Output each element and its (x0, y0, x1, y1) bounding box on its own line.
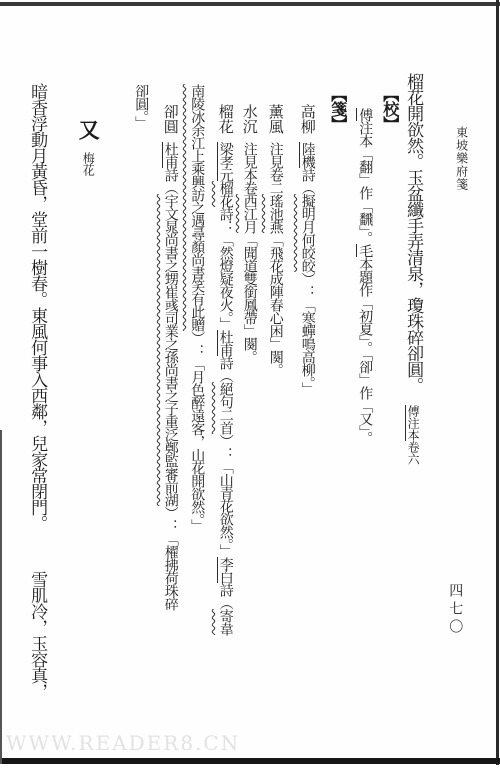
annotation-header: 【箋】 (326, 86, 347, 131)
prev-poem-column: 榴花開欲然。玉盆纖手弄清泉，瓊珠碎卻圓。傅注本卷六 (402, 73, 424, 465)
marked-name-text: 梁孝元 (217, 142, 233, 181)
plain-text: 「聞道雙銜鳳帶」闋。 (242, 233, 257, 363)
next-poem-title: 又 (76, 119, 100, 140)
annotation-entry-liuhua-continued: 南陵冰余江上乘興訪之遇尋顏尚書笑有此贈）：「月色醉遠客，山花開欲然。」 (187, 84, 205, 532)
entry-headword: 薰風 (267, 104, 283, 134)
plain-text: ）：「寒蟬鳴高柳。」 (300, 272, 315, 395)
next-poem-stanza2-opening: 雪肌冷，玉容真， (28, 571, 47, 699)
marked-title-text: 榴花 (218, 181, 233, 207)
plain-text: ）：「櫂拂荷珠碎 (163, 506, 178, 610)
running-head: 東坡樂府箋 (453, 126, 469, 191)
prev-poem-body-end: 榴花開欲然。玉盆纖手弄清泉，瓊珠碎卻圓。 (404, 73, 423, 393)
marked-name-text: 毛 (356, 244, 372, 257)
marked-name-text: 傅注本 (405, 405, 420, 441)
marked-name-text: 陸機 (299, 142, 315, 168)
marked-title-text: 擬明月何皎皎 (300, 194, 315, 272)
next-poem-stanza1: 暗香浮動月黃昏，堂前一樹春。東風何事入西鄰，兒家常閉門。 (28, 83, 47, 531)
entry-headword: 水沉 (241, 104, 257, 134)
marked-title-text: 寄韋 (218, 609, 233, 635)
entry-note-column: 陸機詩（擬明月何皎皎）：「寒蟬鳴高柳。」 (299, 142, 315, 395)
next-poem-subtitle: 梅花 (81, 152, 95, 176)
marked-title-text: 南陵冰余江上乘興訪之遇尋顏尚書笑有此贈 (189, 84, 204, 331)
plain-text: 卻圓。」 (133, 84, 148, 129)
annotation-entry-gaoliu: 高柳陸機詩（擬明月何皎皎）：「寒蟬鳴高柳。」 (296, 104, 317, 395)
marked-name-text: 李白 (217, 557, 233, 583)
annotation-entry-queyuan: 卻圓杜甫詩（宇文晁尚書之甥崔彧司業之孫尚書之子重泛鄭監審前湖）：「櫂拂荷珠碎 (159, 104, 180, 610)
annotation-entry-liuhua: 榴花梁孝元榴花詩：「然燈疑夜火。」杜甫詩（絕句二首）：「山青花欲然。」李白詩（寄… (214, 104, 235, 635)
plain-text: 詩（ (163, 168, 178, 194)
next-poem-body-column: 暗香浮動月黃昏，堂前一樹春。東風何事入西鄰，兒家常閉門。雪肌冷，玉容真， (26, 83, 48, 699)
entry-headword: 高柳 (299, 104, 315, 134)
spacer (248, 134, 249, 142)
entry-note-column: 注見本卷西江月「聞道雙銜鳳帶」闋。 (242, 142, 257, 363)
plain-text: ）：「山青花欲然。」 (218, 434, 233, 557)
scan-edge-right (496, 0, 499, 765)
marked-name-text: 杜甫 (217, 330, 233, 356)
entry-note-column: 杜甫詩（宇文晁尚書之甥崔彧司業之孫尚書之子重泛鄭監審前湖）：「櫂拂荷珠碎 (162, 142, 178, 610)
plain-text: 詩：「然燈疑夜火。」 (218, 207, 233, 330)
spacer (224, 134, 225, 142)
plain-text: 詩（ (218, 583, 233, 609)
page-number: 四七〇 (445, 583, 463, 637)
plain-text: 「飛花成陣春心困」闋。 (268, 233, 283, 376)
entry-note-column: 注見卷二瑤池燕「飛花成陣春心困」闋。 (268, 142, 283, 376)
plain-text: 注見卷二 (268, 142, 283, 194)
entry-headword: 榴花 (217, 104, 233, 134)
entry-note-column: 梁孝元榴花詩：「然燈疑夜火。」杜甫詩（絕句二首）：「山青花欲然。」李白詩（寄韋 (217, 142, 233, 635)
book-page-scan: 東坡樂府箋 四七〇 榴花開欲然。玉盆纖手弄清泉，瓊珠碎卻圓。傅注本卷六 【校】 … (0, 0, 500, 770)
plain-text: 注本「翻」作「飜」。 (357, 121, 372, 244)
spacer (88, 140, 89, 152)
stanza-break-spacer (37, 531, 38, 571)
spacer (274, 134, 275, 142)
marked-name-text: 杜甫 (162, 142, 178, 168)
prev-poem-source-note: 傅注本卷六 (405, 405, 420, 465)
collation-note: 傅注本「翻」作「飜」。毛本題作「初夏」。「卻」作「又」。 (355, 108, 373, 444)
marked-name-text: 傅 (356, 108, 372, 121)
annotation-entry-xunfeng: 薰風注見卷二瑤池燕「飛花成陣春心困」闋。 (264, 104, 285, 376)
scan-edge-left (0, 430, 2, 764)
plain-text: 本題作「初夏」。「卻」作「又」。 (357, 257, 372, 444)
plain-text: 詩（ (218, 356, 233, 382)
entry-headword: 卻圓 (162, 104, 178, 134)
marked-title-text: 宇文晁尚書之甥崔彧司業之孫尚書之子重泛鄭監審前湖 (163, 194, 178, 506)
plain-text: 詩（ (300, 168, 315, 194)
marked-title-text: 西江月 (242, 194, 257, 233)
watermark: WWW.READER8.CN (6, 731, 240, 755)
plain-text: 注見本卷 (242, 142, 257, 194)
spacer (413, 393, 414, 405)
collation-header: 【校】 (378, 86, 399, 131)
next-poem-title-column: 又梅花 (74, 119, 101, 176)
spacer (169, 134, 170, 142)
scan-edge-top (0, 2, 500, 6)
annotation-entry-shuichen: 水沉注見本卷西江月「聞道雙銜鳳帶」闋。 (238, 104, 259, 363)
plain-text: ）：「月色醉遠客，山花開欲然。」 (189, 331, 204, 532)
spacer (306, 134, 307, 142)
marked-title-text: 瑤池燕 (268, 194, 283, 233)
marked-title-text: 絕句二首 (218, 382, 233, 434)
scan-edge-bottom (0, 758, 500, 764)
annotation-entry-queyuan-continued: 卻圓。」 (131, 84, 149, 129)
plain-text: 卷六 (406, 441, 420, 465)
